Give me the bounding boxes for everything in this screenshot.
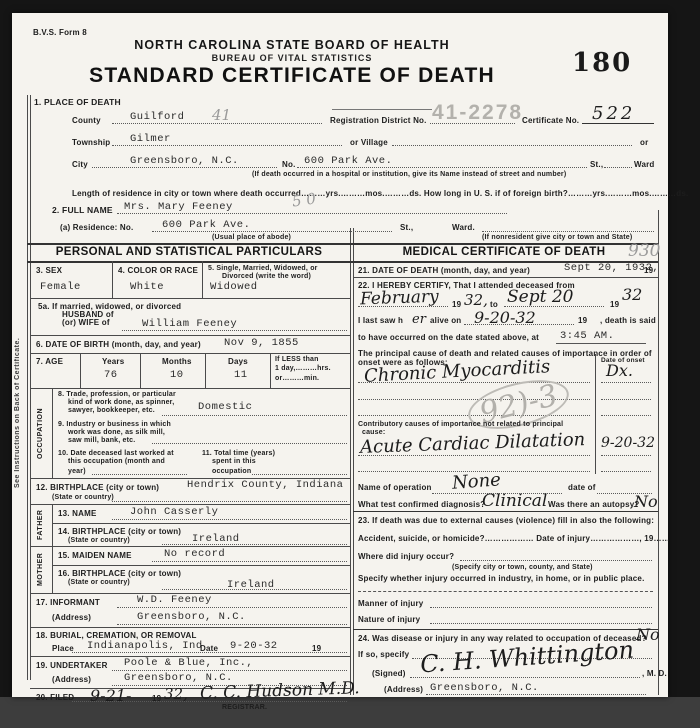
underline <box>122 330 347 331</box>
underline <box>162 415 347 416</box>
underline <box>112 501 347 502</box>
underline <box>112 123 322 124</box>
last-saw-label: I last saw h <box>358 316 403 325</box>
date-of-death-label: 21. DATE OF DEATH (month, day, and year) <box>358 266 530 275</box>
mother-birthplace-label: 16. BIRTHPLACE (city or town) <box>58 569 181 578</box>
underline <box>117 213 507 214</box>
underline <box>601 382 651 383</box>
form-number: B.V.S. Form 8 <box>33 28 87 37</box>
industry-injury-note: Specify whether injury occurred in indus… <box>358 574 645 583</box>
side-strip-divider <box>52 388 53 478</box>
band-bottom-line-left <box>27 261 353 263</box>
hospital-note: (If death occurred in a hospital or inst… <box>252 171 566 178</box>
dob-label: 6. DATE OF BIRTH (month, day, and year) <box>36 340 201 349</box>
birthplace-value: Hendrix County, Indiana <box>187 479 343 491</box>
residence-value: 600 Park Ave. <box>162 219 250 231</box>
section1-heading: 1. PLACE OF DEATH <box>34 97 121 107</box>
age-months-label: Months <box>162 357 192 366</box>
last-saw-er: er <box>412 312 426 327</box>
cause-onset-value: Dx. <box>606 361 633 380</box>
mother-name-value: No record <box>164 548 225 560</box>
contributory-label-2: cause: <box>362 429 385 436</box>
county-pencil-number: 41 <box>212 106 231 124</box>
operation-label: Name of operation <box>358 483 432 492</box>
cell-divider <box>80 353 81 388</box>
birthplace-label: 12. BIRTHPLACE (city or town) <box>36 483 159 492</box>
underline <box>358 455 590 456</box>
band-top-line <box>27 243 658 245</box>
trade-label-3: sawyer, bookkeeper, etc. <box>68 407 155 414</box>
city-value: Greensboro, N.C. <box>130 155 239 167</box>
underline <box>430 623 652 624</box>
specify-city-note: (Specify city or town, county, and State… <box>452 564 593 571</box>
autopsy-value: No <box>634 492 658 511</box>
age-days-value: 11 <box>234 369 248 381</box>
age-years-label: Years <box>102 357 124 366</box>
to-year-value: 32 <box>622 285 642 304</box>
undertaker-label: 19. UNDERTAKER <box>36 661 108 670</box>
age-label: 7. AGE <box>36 357 63 366</box>
last-worked-label-2: this occupation (month and <box>68 458 165 465</box>
city-label: City <box>72 160 88 169</box>
row-line <box>30 335 350 336</box>
row-line <box>52 523 350 524</box>
underline <box>464 324 574 325</box>
street-no-label: No. <box>282 160 296 169</box>
row-line <box>30 353 350 354</box>
underline <box>430 607 652 608</box>
page-stamp-number: 180 <box>572 48 632 78</box>
occupation-related-answer: No <box>636 625 660 644</box>
side-strip-divider <box>52 504 53 546</box>
age-less-label-1: If LESS than <box>275 356 319 363</box>
dob-value: Nov 9, 1855 <box>224 337 299 349</box>
underline <box>504 306 604 307</box>
residence-ward-label: Ward. <box>452 223 475 232</box>
trade-label-2: kind of work done, as spinner, <box>68 399 174 406</box>
residence-label: (a) Residence: No. <box>60 223 133 232</box>
residence-st-label: St., <box>400 223 413 232</box>
sex-value: Female <box>40 281 81 293</box>
death-said-label: , death is said <box>600 316 656 325</box>
race-label: 4. COLOR OR RACE <box>118 266 198 275</box>
physician-address-label: (Address) <box>384 685 423 694</box>
row-line <box>353 511 658 512</box>
undertaker-address-label: (Address) <box>52 675 91 684</box>
burial-date-value: 9-20-32 <box>230 640 278 652</box>
side-strip-divider <box>52 546 53 593</box>
occupation-side-label: OCCUPATION <box>37 391 44 475</box>
contributory-label-1: Contributory causes of importance not re… <box>358 421 563 428</box>
onset-column-divider <box>595 354 596 474</box>
underline <box>152 231 392 232</box>
registration-district-label: Registration District No. <box>330 116 427 125</box>
trade-value: Domestic <box>198 401 252 413</box>
cell-divider <box>112 261 113 298</box>
abode-note: (Usual place of abode) <box>212 234 291 241</box>
row-line <box>353 277 658 278</box>
left-column-header: PERSONAL AND STATISTICAL PARTICULARS <box>28 246 350 258</box>
underline <box>604 167 632 168</box>
underline <box>112 145 342 146</box>
occurred-label: to have occurred on the date stated abov… <box>358 333 539 342</box>
underline <box>162 544 347 545</box>
if-so-specify-label: If so, specify <box>358 650 409 659</box>
father-name-value: John Casserly <box>130 506 218 518</box>
county-label: County <box>72 116 101 125</box>
underline <box>152 561 347 562</box>
underline <box>117 624 347 625</box>
contributory-onset-value: 9-20-32 <box>601 435 655 451</box>
father-side-label: FATHER <box>37 506 44 544</box>
registrar-label: REGISTRAR. <box>222 704 267 711</box>
sex-label: 3. SEX <box>36 266 62 275</box>
underline <box>112 519 347 520</box>
certificate-title: STANDARD CERTIFICATE OF DEATH <box>12 64 572 88</box>
attended-to-value: Sept 20 <box>507 287 573 307</box>
underline <box>482 231 654 232</box>
underline <box>297 167 587 168</box>
row-line <box>30 627 350 628</box>
right-column-header: MEDICAL CERTIFICATE OF DEATH <box>354 246 654 258</box>
village-label: or Village <box>350 138 388 147</box>
age-less-label-3: or………min. <box>275 375 319 382</box>
row-line <box>30 388 350 389</box>
physician-address-value: Greensboro, N.C. <box>430 682 539 694</box>
mother-birthplace-note: (State or country) <box>68 579 130 586</box>
county-value: Guilford <box>130 111 184 123</box>
residence-length-line: Length of residence in city or town wher… <box>72 189 688 198</box>
underline <box>601 415 651 416</box>
cell-divider <box>205 353 206 388</box>
trade-label-1: 8. Trade, profession, or particular <box>58 391 176 398</box>
age-less-label-2: 1 day,………hrs. <box>275 365 331 372</box>
street-value: 600 Park Ave. <box>304 155 392 167</box>
marital-value: Widowed <box>210 281 258 293</box>
to-19-label: 19 <box>610 300 619 309</box>
contributory-cause-value: Acute Cardiac Dilatation <box>360 429 586 458</box>
underline <box>252 474 347 475</box>
underline <box>410 677 640 678</box>
burial-place-label: Place <box>52 644 74 653</box>
nonresident-note: (If nonresident give city or town and St… <box>482 234 632 241</box>
informant-label: 17. INFORMANT <box>36 598 100 607</box>
filed-day-value: 9-21- <box>90 686 131 705</box>
township-value: Gilmer <box>130 133 171 145</box>
certificate-no-value: 522 <box>592 103 635 124</box>
death-time-value: 3:45 AM. <box>560 330 614 342</box>
birthplace-state-note: (State or country) <box>52 494 114 501</box>
underline <box>601 455 651 456</box>
cell-divider <box>270 353 271 388</box>
underline <box>556 343 646 344</box>
informant-value: W.D. Feeney <box>137 594 212 606</box>
md-label: , M. D. <box>642 669 667 678</box>
nature-of-injury-label: Nature of injury <box>358 615 420 624</box>
underline <box>460 560 652 561</box>
accident-line: Accident, suicide, or homicide?……………… Da… <box>358 534 670 543</box>
form-right-border <box>658 210 659 695</box>
from-year-value: 32, <box>464 291 488 309</box>
test-value: Clinical <box>482 491 547 511</box>
underline <box>112 670 347 671</box>
org-name: NORTH CAROLINA STATE BOARD OF HEALTH <box>12 38 572 52</box>
informant-address-value: Greensboro, N.C. <box>137 611 246 623</box>
full-name-label: 2. FULL NAME <box>52 205 113 215</box>
autopsy-label: Was there an autopsy? <box>548 500 639 509</box>
industry-label-2: work was done, as silk mill, <box>68 429 165 436</box>
father-birthplace-note: (State or country) <box>68 537 130 544</box>
race-value: White <box>130 281 164 293</box>
where-injury-label: Where did injury occur? <box>358 552 454 561</box>
cell-divider <box>202 261 203 298</box>
father-birthplace-label: 14. BIRTHPLACE (city or town) <box>58 527 181 536</box>
alive-on-label: alive on <box>430 316 461 325</box>
from-19-label: 19 <box>452 300 461 309</box>
certificate-paper: B.V.S. Form 8 NORTH CAROLINA STATE BOARD… <box>12 13 668 697</box>
row-line <box>30 504 350 505</box>
underline <box>358 306 448 307</box>
undertaker-value: Poole & Blue, Inc., <box>124 657 253 669</box>
bureau-name: BUREAU OF VITAL STATISTICS <box>12 53 572 63</box>
husband-label-3: (or) WIFE of <box>62 318 110 327</box>
burial-place-value: Indianapolis, Ind <box>87 640 203 652</box>
underline <box>92 167 277 168</box>
underline <box>92 474 187 475</box>
divider <box>358 591 653 592</box>
underline <box>392 145 632 146</box>
industry-label-3: saw mill, bank, etc. <box>68 437 135 444</box>
age-days-label: Days <box>228 357 248 366</box>
spouse-value: William Feeney <box>142 318 237 330</box>
row-line <box>52 565 350 566</box>
or-label: or <box>640 138 648 147</box>
operation-date-label: date of <box>568 483 596 492</box>
underline <box>72 652 347 653</box>
margin-instructions-note: See Instructions on Back of Certificate. <box>14 203 21 623</box>
column-divider-inner <box>353 228 354 695</box>
underline <box>601 399 651 400</box>
scanned-certificate: B.V.S. Form 8 NORTH CAROLINA STATE BOARD… <box>0 0 700 728</box>
township-label: Township <box>72 138 110 147</box>
column-divider <box>350 228 351 695</box>
certificate-no-label: Certificate No. <box>522 116 579 125</box>
signed-label: (Signed) <box>372 669 406 678</box>
age-years-value: 76 <box>104 369 118 381</box>
mother-name-label: 15. MAIDEN NAME <box>58 551 132 560</box>
underline <box>152 443 347 444</box>
underline <box>601 471 651 472</box>
registration-district-value: 41-2278 <box>432 101 523 125</box>
burial-label: 18. BURIAL, CREMATION, OR REMOVAL <box>36 631 197 640</box>
underline <box>117 607 347 608</box>
row-line <box>30 546 350 547</box>
form-left-border <box>27 95 28 680</box>
informant-address-label: (Address) <box>52 613 91 622</box>
marital-label-2: Divorced (write the word) <box>222 273 311 280</box>
underline <box>430 123 515 124</box>
full-name-value: Mrs. Mary Feeney <box>124 201 233 213</box>
marital-label-1: 5. Single, Married, Widowed, or <box>208 265 318 272</box>
father-name-label: 13. NAME <box>58 509 97 518</box>
row-line <box>353 629 658 630</box>
full-name-pencil-mark: 5 0 <box>291 189 317 210</box>
manner-of-injury-label: Manner of injury <box>358 599 423 608</box>
dod-19-label: 19 <box>644 266 653 275</box>
ward-label: Ward <box>634 160 655 169</box>
last-worked-label-3: year) <box>68 468 86 475</box>
total-time-label-2: spent in this <box>212 458 256 465</box>
cell-divider <box>140 353 141 388</box>
underline <box>162 589 347 590</box>
right-header-pencil: 930 <box>628 241 660 261</box>
row-line <box>30 298 350 299</box>
age-months-value: 10 <box>170 369 184 381</box>
st-label: St., <box>590 160 603 169</box>
underline <box>426 694 646 695</box>
external-causes-label: 23. If death was due to external causes … <box>358 516 654 525</box>
mother-side-label: MOTHER <box>37 548 44 591</box>
last-worked-label-1: 10. Date deceased last worked at <box>58 450 174 457</box>
underline <box>332 109 432 110</box>
total-time-label-3: occupation <box>212 468 251 475</box>
filed-label: 20. FILED <box>36 693 74 702</box>
last-saw-19: 19 <box>578 316 587 325</box>
industry-label-1: 9. Industry or business in which <box>58 421 171 428</box>
total-time-label-1: 11. Total time (years) <box>202 450 275 457</box>
test-label: What test confirmed diagnosis? <box>358 500 485 509</box>
underline <box>582 123 654 124</box>
